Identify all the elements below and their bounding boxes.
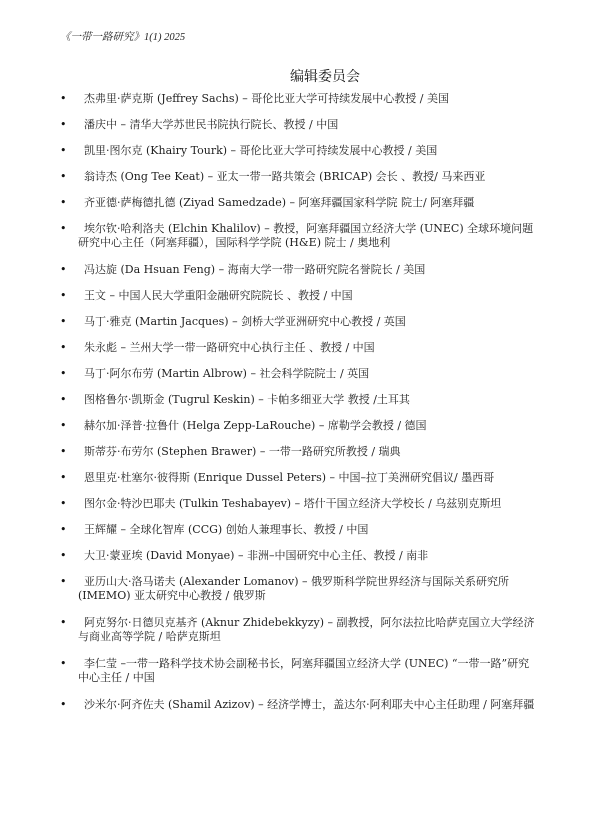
bullet-icon: • xyxy=(60,698,67,712)
bullet-icon: • xyxy=(60,393,67,407)
member-entry-text: 马丁·雅克 (Martin Jacques) – 剑桥大学亚洲研究中心教授 / … xyxy=(78,315,540,329)
member-entry-text: 图格鲁尔·凯斯金 (Tugrul Keskin) – 卡帕多细亚大学 教授 /土… xyxy=(78,393,540,407)
list-item: • 王辉耀 – 全球化智库 (CCG) 创始人兼理事长、教授 / 中国 xyxy=(60,523,540,537)
bullet-icon: • xyxy=(60,367,67,381)
member-entry-text: 冯达旋 (Da Hsuan Feng) – 海南大学一带一路研究院名誉院长 / … xyxy=(78,263,540,277)
list-item: • 阿克努尔·日德贝克基齐 (Aknur Zhidebekkyzy) – 副教授… xyxy=(60,616,540,644)
bullet-icon: • xyxy=(60,289,67,303)
member-entry-text: 杰弗里·萨克斯 (Jeffrey Sachs) – 哥伦比亚大学可持续发展中心教… xyxy=(78,92,540,106)
bullet-icon: • xyxy=(60,222,67,236)
list-item: • 图格鲁尔·凯斯金 (Tugrul Keskin) – 卡帕多细亚大学 教授 … xyxy=(60,393,540,407)
bullet-icon: • xyxy=(60,196,67,210)
bullet-icon: • xyxy=(60,497,67,511)
member-entry-text: 王文 – 中国人民大学重阳金融研究院院长 、教授 / 中国 xyxy=(78,289,540,303)
member-entry-text: 朱永彪 – 兰州大学一带一路研究中心执行主任 、教授 / 中国 xyxy=(78,341,540,355)
bullet-icon: • xyxy=(60,616,67,630)
bullet-icon: • xyxy=(60,523,67,537)
bullet-icon: • xyxy=(60,118,67,132)
bullet-icon: • xyxy=(60,549,67,563)
member-entry-text: 凯里·图尔克 (Khairy Tourk) – 哥伦比亚大学可持续发展中心教授 … xyxy=(78,144,540,158)
bullet-icon: • xyxy=(60,471,67,485)
member-entry-text: 齐亚德·萨梅德扎德 (Ziyad Samedzade) – 阿塞拜疆国家科学院 … xyxy=(78,196,540,210)
list-item: • 马丁·阿尔布劳 (Martin Albrow) – 社会科学院院士 / 英国 xyxy=(60,367,540,381)
member-entry-text: 阿克努尔·日德贝克基齐 (Aknur Zhidebekkyzy) – 副教授，阿… xyxy=(78,616,540,644)
journal-citation-header: 《一带一路研究》1(1) 2025 xyxy=(60,29,185,44)
bullet-icon: • xyxy=(60,657,67,671)
bullet-icon: • xyxy=(60,263,67,277)
member-entry-text: 大卫·蒙亚埃 (David Monyae) – 非洲–中国研究中心主任、教授 /… xyxy=(78,549,540,563)
list-item: • 潘庆中 – 清华大学苏世民书院执行院长、教授 / 中国 xyxy=(60,118,540,132)
bullet-icon: • xyxy=(60,445,67,459)
bullet-icon: • xyxy=(60,315,67,329)
member-entry-text: 翁诗杰 (Ong Tee Keat) – 亚太一带一路共策会 (BRICAP) … xyxy=(78,170,540,184)
member-entry-text: 埃尔钦·哈利洛夫 (Elchin Khalilov) – 教授，阿塞拜疆国立经济… xyxy=(78,222,540,250)
member-entry-text: 亚历山大·洛马诺夫 (Alexander Lomanov) – 俄罗斯科学院世界… xyxy=(78,575,540,603)
list-item: • 凯里·图尔克 (Khairy Tourk) – 哥伦比亚大学可持续发展中心教… xyxy=(60,144,540,158)
bullet-icon: • xyxy=(60,144,67,158)
list-item: • 图尔金·特沙巴耶夫 (Tulkin Teshabayev) – 塔什干国立经… xyxy=(60,497,540,511)
list-item: • 恩里克·杜塞尔·彼得斯 (Enrique Dussel Peters) – … xyxy=(60,471,540,485)
list-item: • 翁诗杰 (Ong Tee Keat) – 亚太一带一路共策会 (BRICAP… xyxy=(60,170,540,184)
member-entry-text: 斯蒂芬·布劳尔 (Stephen Brawer) – 一带一路研究所教授 / 瑞… xyxy=(78,445,540,459)
list-item: • 王文 – 中国人民大学重阳金融研究院院长 、教授 / 中国 xyxy=(60,289,540,303)
list-item: • 沙米尔·阿齐佐夫 (Shamil Azizov) – 经济学博士，盖达尔·阿… xyxy=(60,698,540,712)
member-entry-text: 恩里克·杜塞尔·彼得斯 (Enrique Dussel Peters) – 中国… xyxy=(78,471,540,485)
list-item: • 杰弗里·萨克斯 (Jeffrey Sachs) – 哥伦比亚大学可持续发展中… xyxy=(60,92,540,106)
member-entry-text: 王辉耀 – 全球化智库 (CCG) 创始人兼理事长、教授 / 中国 xyxy=(78,523,540,537)
list-item: • 大卫·蒙亚埃 (David Monyae) – 非洲–中国研究中心主任、教授… xyxy=(60,549,540,563)
page-title: 编辑委员会 xyxy=(0,66,600,86)
bullet-icon: • xyxy=(60,419,67,433)
bullet-icon: • xyxy=(60,170,67,184)
member-entry-text: 图尔金·特沙巴耶夫 (Tulkin Teshabayev) – 塔什干国立经济大… xyxy=(78,497,540,511)
member-entry-text: 李仁莹 –一带一路科学技术协会副秘书长，阿塞拜疆国立经济大学 (UNEC) “一… xyxy=(78,657,540,685)
list-item: • 马丁·雅克 (Martin Jacques) – 剑桥大学亚洲研究中心教授 … xyxy=(60,315,540,329)
list-item: • 埃尔钦·哈利洛夫 (Elchin Khalilov) – 教授，阿塞拜疆国立… xyxy=(60,222,540,250)
list-item: • 朱永彪 – 兰州大学一带一路研究中心执行主任 、教授 / 中国 xyxy=(60,341,540,355)
editorial-board-list: • 杰弗里·萨克斯 (Jeffrey Sachs) – 哥伦比亚大学可持续发展中… xyxy=(60,92,540,725)
bullet-icon: • xyxy=(60,92,67,106)
bullet-icon: • xyxy=(60,341,67,355)
list-item: • 赫尔加·泽普·拉鲁什 (Helga Zepp-LaRouche) – 席勒学… xyxy=(60,419,540,433)
member-entry-text: 马丁·阿尔布劳 (Martin Albrow) – 社会科学院院士 / 英国 xyxy=(78,367,540,381)
list-item: • 冯达旋 (Da Hsuan Feng) – 海南大学一带一路研究院名誉院长 … xyxy=(60,263,540,277)
member-entry-text: 沙米尔·阿齐佐夫 (Shamil Azizov) – 经济学博士，盖达尔·阿利耶… xyxy=(78,698,540,712)
list-item: • 亚历山大·洛马诺夫 (Alexander Lomanov) – 俄罗斯科学院… xyxy=(60,575,540,603)
list-item: • 李仁莹 –一带一路科学技术协会副秘书长，阿塞拜疆国立经济大学 (UNEC) … xyxy=(60,657,540,685)
list-item: • 齐亚德·萨梅德扎德 (Ziyad Samedzade) – 阿塞拜疆国家科学… xyxy=(60,196,540,210)
bullet-icon: • xyxy=(60,575,67,589)
member-entry-text: 潘庆中 – 清华大学苏世民书院执行院长、教授 / 中国 xyxy=(78,118,540,132)
member-entry-text: 赫尔加·泽普·拉鲁什 (Helga Zepp-LaRouche) – 席勒学会教… xyxy=(78,419,540,433)
list-item: • 斯蒂芬·布劳尔 (Stephen Brawer) – 一带一路研究所教授 /… xyxy=(60,445,540,459)
